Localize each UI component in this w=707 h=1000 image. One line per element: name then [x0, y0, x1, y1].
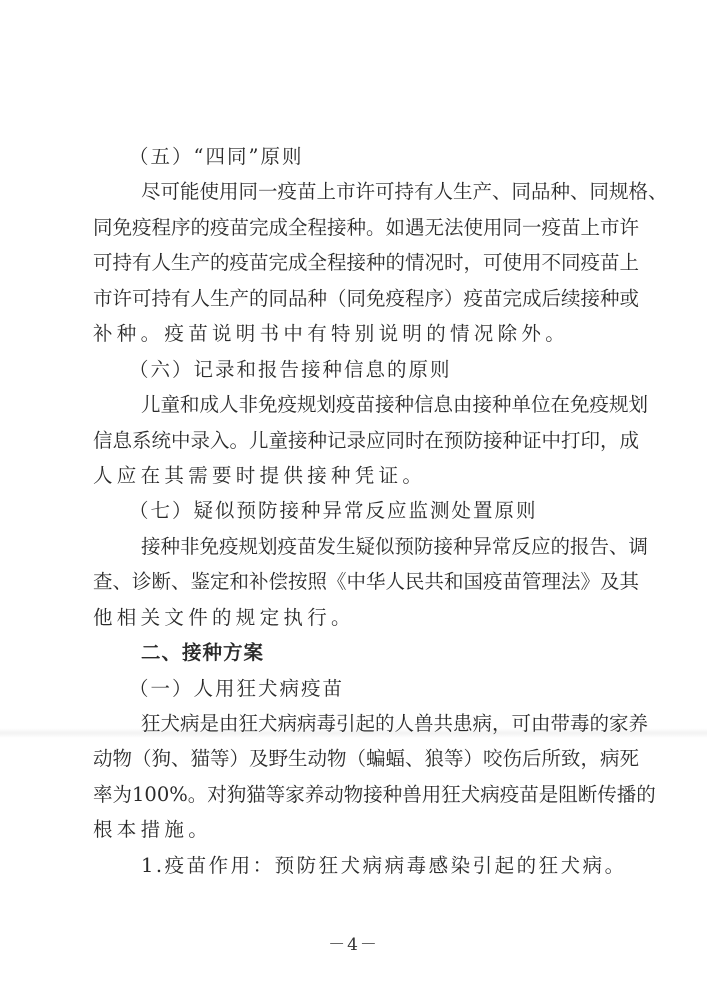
paragraph-line: 尽可能使用同一疫苗上市许可持有人生产、同品种、同规格、	[93, 174, 619, 209]
page-number: －4－	[0, 930, 707, 955]
document-page: （五）“四同”原则 尽可能使用同一疫苗上市许可持有人生产、同品种、同规格、 同免…	[0, 0, 707, 1000]
paragraph-line: 市许可持有人生产的同品种（同免疫程序）疫苗完成后续接种或	[93, 281, 619, 316]
paragraph-line: 儿童和成人非免疫规划疫苗接种信息由接种单位在免疫规划	[93, 387, 619, 422]
page-body: （五）“四同”原则 尽可能使用同一疫苗上市许可持有人生产、同品种、同规格、 同免…	[93, 139, 619, 883]
paragraph-line: 率为100%。对狗猫等家养动物接种兽用狂犬病疫苗是阻断传播的	[93, 777, 619, 812]
paragraph-line: 根本措施。	[93, 812, 619, 847]
section-heading-six: （六）记录和报告接种信息的原则	[93, 352, 619, 387]
paragraph-line: 同免疫程序的疫苗完成全程接种。如遇无法使用同一疫苗上市许	[93, 210, 619, 245]
paragraph-line: 狂犬病是由狂犬病病毒引起的人兽共患病，可由带毒的家养	[93, 706, 619, 741]
paragraph-line: 信息系统中录入。儿童接种记录应同时在预防接种证中打印，成	[93, 423, 619, 458]
section-heading-seven: （七）疑似预防接种异常反应监测处置原则	[93, 493, 619, 528]
paragraph-line: 接种非免疫规划疫苗发生疑似预防接种异常反应的报告、调	[93, 529, 619, 564]
paragraph-line: 补种。疫苗说明书中有特别说明的情况除外。	[93, 316, 619, 351]
paragraph-line: 他相关文件的规定执行。	[93, 600, 619, 635]
section-heading-five: （五）“四同”原则	[93, 139, 619, 174]
paragraph-line: 动物（狗、猫等）及野生动物（蝙蝠、狼等）咬伤后所致，病死	[93, 741, 619, 776]
section-heading-rabies-vaccine: （一）人用狂犬病疫苗	[93, 671, 619, 706]
paragraph-line: 人应在其需要时提供接种凭证。	[93, 458, 619, 493]
paragraph-line: 可持有人生产的疫苗完成全程接种的情况时，可使用不同疫苗上	[93, 245, 619, 280]
list-item-vaccine-purpose: 1.疫苗作用：预防狂犬病病毒感染引起的狂犬病。	[93, 848, 619, 883]
paragraph-line: 查、诊断、鉴定和补偿按照《中华人民共和国疫苗管理法》及其	[93, 564, 619, 599]
chapter-heading-vaccination-plan: 二、接种方案	[93, 635, 619, 670]
